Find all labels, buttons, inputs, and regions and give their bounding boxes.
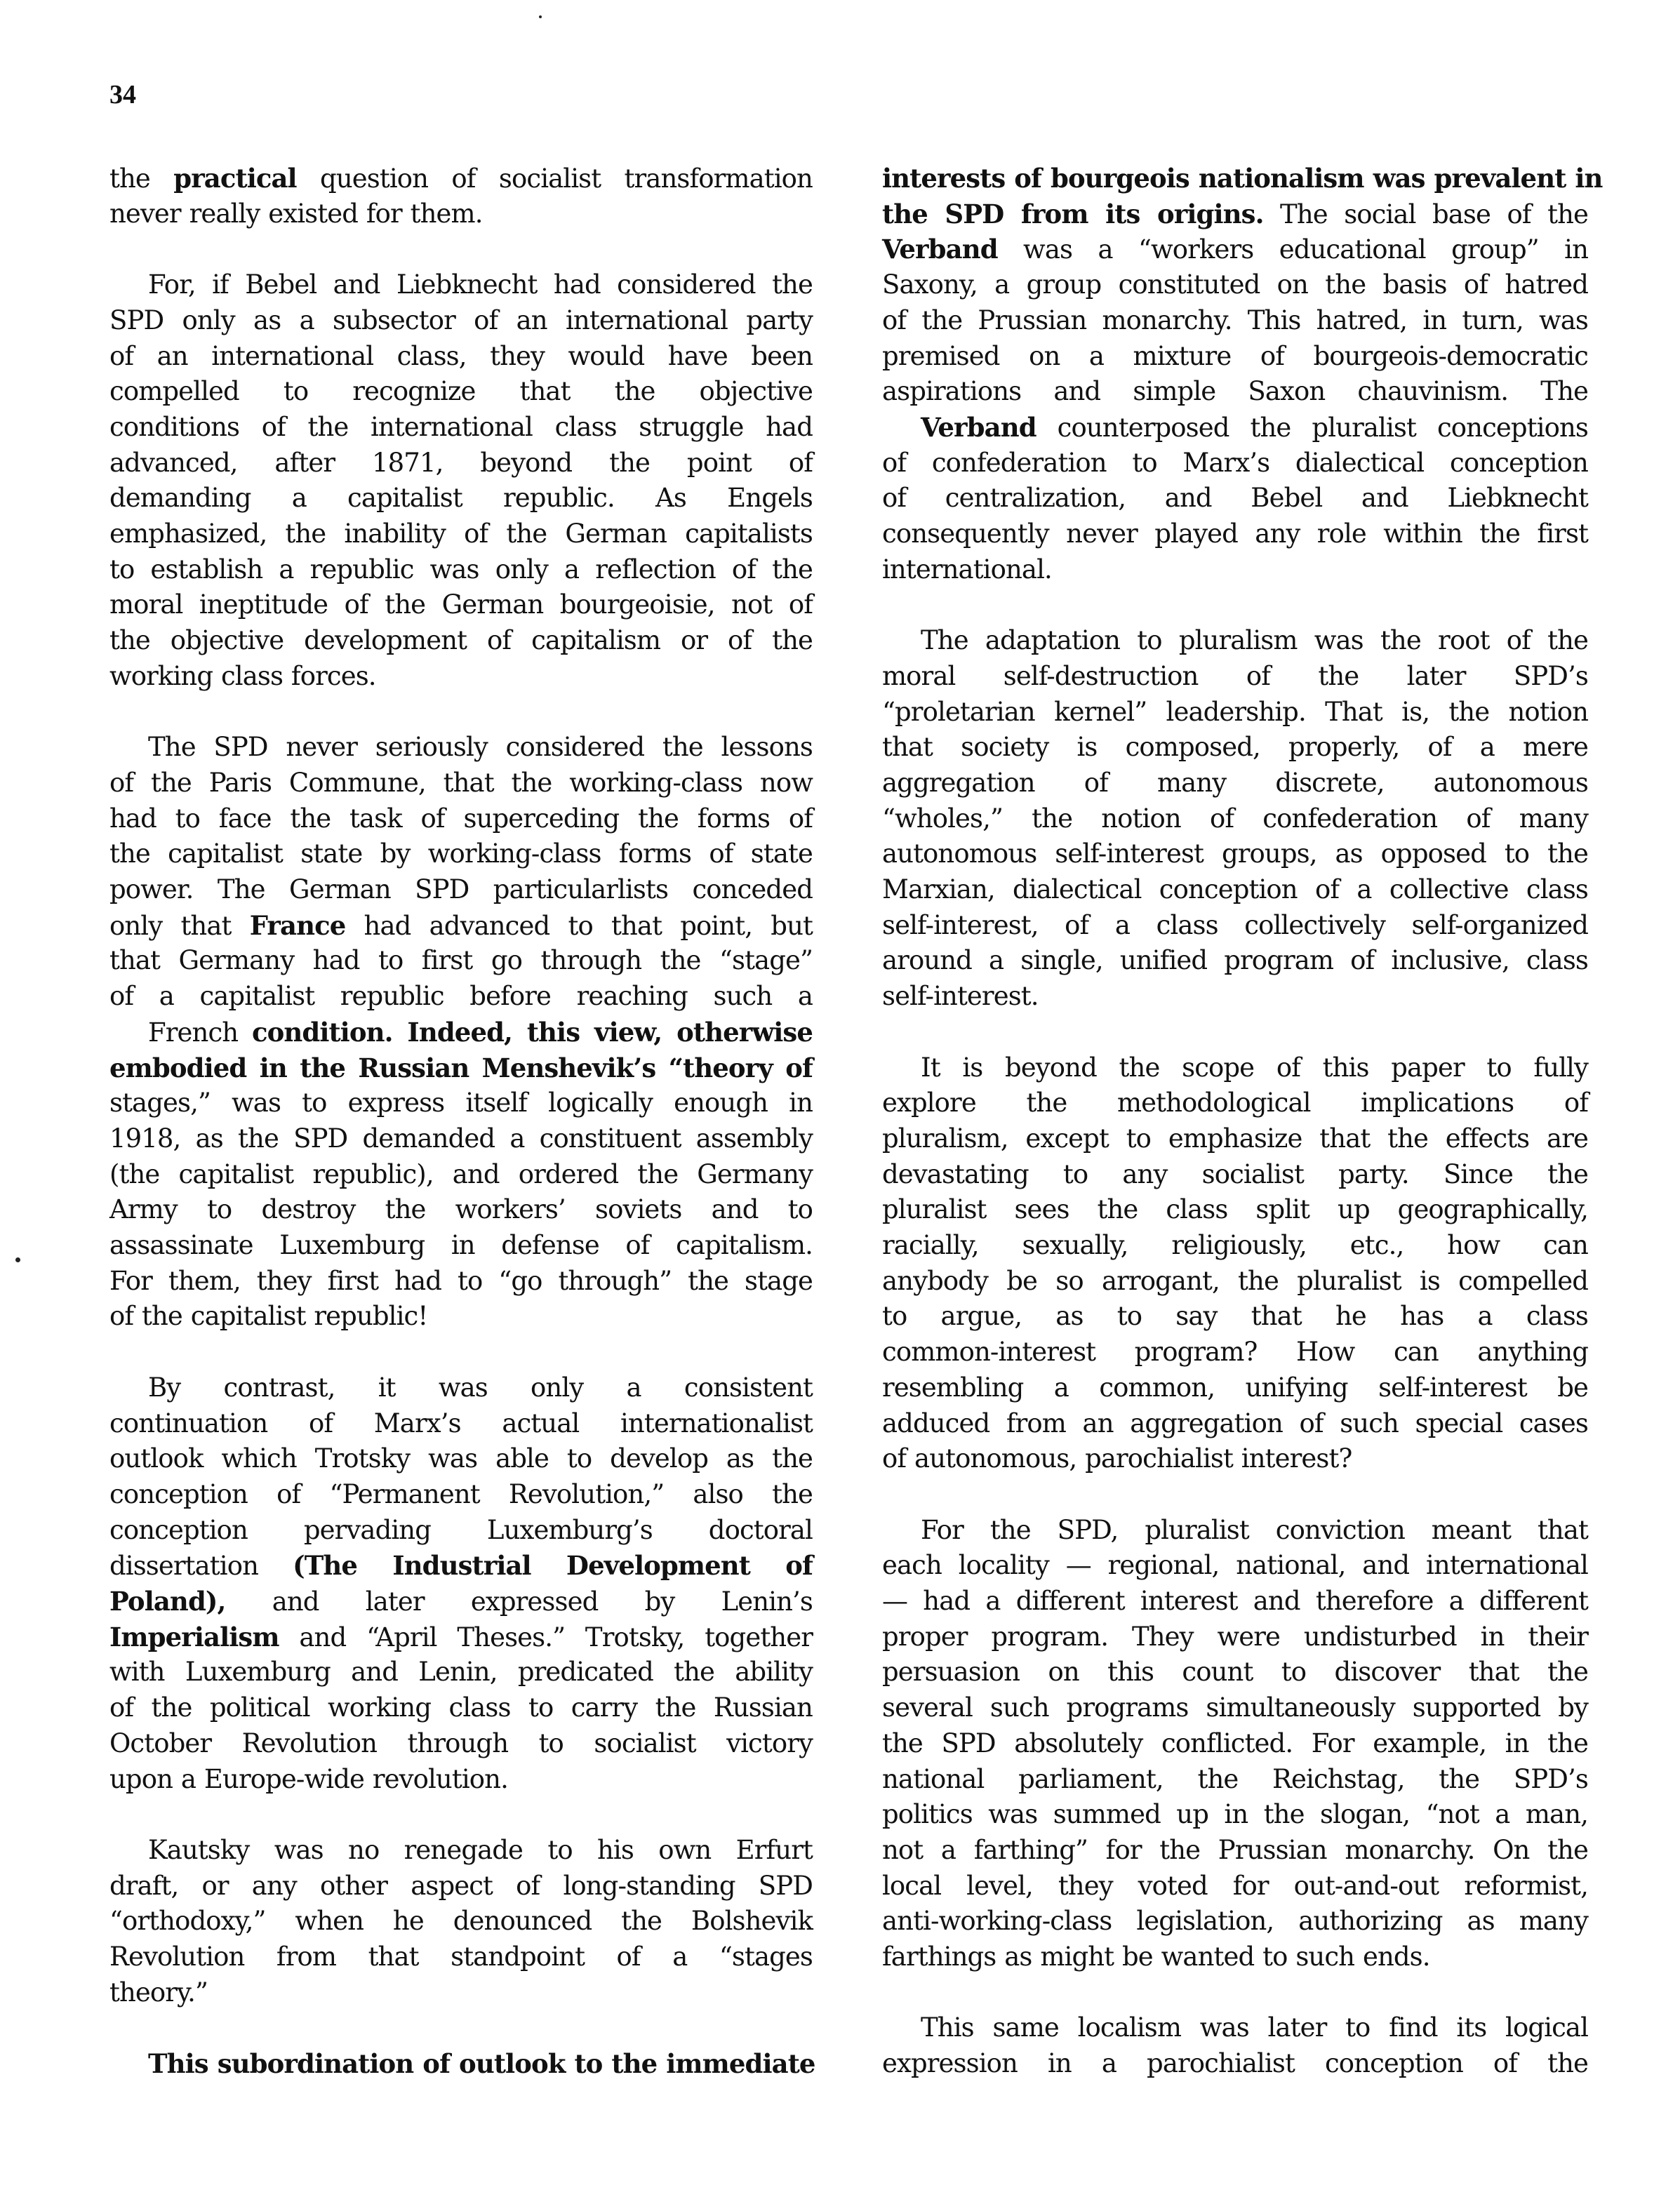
text-line: The SPD never seriously considered the l…: [109, 730, 813, 765]
text-line: Kautsky was no renegade to his own Erfur…: [109, 1833, 813, 1868]
body-text: proper program. They were undisturbed in…: [882, 1622, 1588, 1652]
body-text: For, if Bebel and Liebknecht had conside…: [148, 269, 813, 300]
text-line: persuasion on this count to discover tha…: [882, 1655, 1588, 1690]
text-line: For them, they first had to “go through”…: [109, 1264, 813, 1299]
body-text: of confederation to Marx’s dialectical c…: [882, 448, 1588, 478]
text-line: 1918, as the SPD demanded a constituent …: [109, 1121, 813, 1156]
text-line: of the political working class to carry …: [109, 1690, 813, 1725]
text-line: self-interest, of a class collectively s…: [882, 908, 1588, 943]
text-line: (the capitalist republic), and ordered t…: [109, 1157, 813, 1192]
body-text: It is beyond the scope of this paper to …: [921, 1053, 1588, 1083]
body-text: theory.”: [109, 1977, 208, 2008]
text-line: adduced from an aggregation of such spec…: [882, 1406, 1588, 1441]
text-line: — had a different interest and therefore…: [882, 1584, 1588, 1619]
body-text: the: [109, 163, 173, 194]
text-line: continuation of Marx’s actual internatio…: [109, 1406, 813, 1441]
body-text: adduced from an aggregation of such spec…: [882, 1408, 1588, 1438]
body-text: had advanced to that point, but: [345, 911, 813, 941]
text-line: Imperialism and “April Theses.” Trotsky,…: [109, 1619, 813, 1655]
text-line: moral self-destruction of the later SPD’…: [882, 659, 1588, 694]
body-text: outlook which Trotsky was able to develo…: [109, 1443, 813, 1474]
text-line: “proletarian kernel” leadership. That is…: [882, 695, 1588, 730]
text-line: stages,” was to express itself logically…: [109, 1086, 813, 1121]
body-text: never really existed for them.: [109, 199, 483, 229]
body-text: The SPD never seriously considered the l…: [148, 732, 813, 762]
bold-text: embodied in the Russian Menshevik’s “the…: [109, 1053, 813, 1083]
text-line: not a farthing” for the Prussian monarch…: [882, 1833, 1588, 1868]
text-line: with Luxemburg and Lenin, predicated the…: [109, 1655, 813, 1690]
body-text: 1918, as the SPD demanded a constituent …: [109, 1123, 813, 1154]
text-line: It is beyond the scope of this paper to …: [882, 1050, 1588, 1086]
text-line: that society is composed, properly, of a…: [882, 730, 1588, 765]
body-text: stages,” was to express itself logically…: [109, 1088, 813, 1118]
body-text: national parliament, the Reichstag, the …: [882, 1764, 1588, 1794]
text-line: of autonomous, parochialist interest?: [882, 1441, 1588, 1476]
text-line: This subordination of outlook to the imm…: [109, 2046, 813, 2081]
text-line: “orthodoxy,” when he denounced the Bolsh…: [109, 1904, 813, 1939]
bold-text: Verband: [921, 412, 1036, 443]
text-line: autonomous self-interest groups, as oppo…: [882, 836, 1588, 871]
body-text: racially, sexually, religiously, etc., h…: [882, 1230, 1588, 1260]
body-text: to establish a republic was only a refle…: [109, 554, 813, 585]
body-text: compelled to recognize that the objectiv…: [109, 376, 813, 406]
text-line: theory.”: [109, 1975, 813, 2010]
text-line: only that France had advanced to that po…: [109, 908, 813, 943]
text-line: Army to destroy the workers’ soviets and…: [109, 1192, 813, 1227]
body-text: Kautsky was no renegade to his own Erfur…: [148, 1835, 813, 1865]
body-text: of centralization, and Bebel and Liebkne…: [882, 483, 1588, 513]
text-line: For, if Bebel and Liebknecht had conside…: [109, 267, 813, 302]
text-line: The adaptation to pluralism was the root…: [882, 623, 1588, 658]
text-line: devastating to any socialist party. Sinc…: [882, 1157, 1588, 1192]
text-line: moral ineptitude of the German bourgeois…: [109, 587, 813, 622]
body-text: self-interest, of a class collectively s…: [882, 910, 1588, 940]
text-line: embodied in the Russian Menshevik’s “the…: [109, 1050, 813, 1086]
body-text: Army to destroy the workers’ soviets and…: [109, 1194, 813, 1224]
body-text: farthings as might be wanted to such end…: [882, 1942, 1430, 1972]
text-line: of an international class, they would ha…: [109, 339, 813, 374]
text-line: compelled to recognize that the objectiv…: [109, 374, 813, 409]
body-text: continuation of Marx’s actual internatio…: [109, 1408, 813, 1438]
text-line: around a single, unified program of incl…: [882, 943, 1588, 978]
text-line: to argue, as to say that he has a class: [882, 1299, 1588, 1334]
text-line: of the Prussian monarchy. This hatred, i…: [882, 303, 1588, 338]
body-text: SPD only as a subsector of an internatio…: [109, 305, 813, 335]
text-line: farthings as might be wanted to such end…: [882, 1939, 1588, 1975]
body-text: anti-working-class legislation, authoriz…: [882, 1906, 1588, 1936]
text-line: anti-working-class legislation, authoriz…: [882, 1904, 1588, 1939]
body-text: expression in a parochialist conception …: [882, 2048, 1588, 2078]
body-text: had to face the task of superceding the …: [109, 803, 813, 834]
body-text: that society is composed, properly, of a…: [882, 732, 1588, 762]
body-text: question of socialist transformation: [297, 163, 813, 194]
body-text: politics was summed up in the slogan, “n…: [882, 1799, 1588, 1829]
text-line: the SPD absolutely conflicted. For examp…: [882, 1726, 1588, 1761]
body-text: international.: [882, 554, 1052, 585]
body-text: was a “workers educational group” in: [998, 234, 1588, 265]
body-text: assassinate Luxemburg in defense of capi…: [109, 1230, 813, 1260]
bold-text: This subordination of outlook to the imm…: [148, 2048, 815, 2079]
text-line: Revolution from that standpoint of a “st…: [109, 1939, 813, 1975]
text-line: each locality — regional, national, and …: [882, 1548, 1588, 1583]
body-text: not a farthing” for the Prussian monarch…: [882, 1835, 1588, 1865]
text-line: of confederation to Marx’s dialectical c…: [882, 446, 1588, 481]
text-line: the practical question of socialist tran…: [109, 161, 813, 196]
text-line: expression in a parochialist conception …: [882, 2046, 1588, 2081]
body-text: Saxony, a group constituted on the basis…: [882, 269, 1588, 300]
body-text: — had a different interest and therefore…: [882, 1586, 1588, 1616]
body-text: October Revolution through to socialist …: [109, 1728, 813, 1758]
body-text: The adaptation to pluralism was the root…: [921, 625, 1588, 655]
body-text: “orthodoxy,” when he denounced the Bolsh…: [109, 1906, 813, 1936]
text-line: By contrast, it was only a consistent: [109, 1370, 813, 1405]
body-text: premised on a mixture of bourgeois-democ…: [882, 341, 1588, 371]
body-text: advanced, after 1871, beyond the point o…: [109, 448, 813, 478]
text-line: conditions of the international class st…: [109, 410, 813, 445]
scan-speck-top: [539, 15, 542, 18]
body-text: moral self-destruction of the later SPD’…: [882, 661, 1588, 691]
text-line: Verband counterposed the pluralist conce…: [882, 410, 1588, 445]
body-text: For the SPD, pluralist conviction meant …: [921, 1515, 1588, 1545]
text-line: assassinate Luxemburg in defense of capi…: [109, 1228, 813, 1263]
body-text: around a single, unified program of incl…: [882, 945, 1588, 975]
text-line: pluralism, except to emphasize that the …: [882, 1121, 1588, 1156]
body-text: only that: [109, 911, 250, 941]
text-line: politics was summed up in the slogan, “n…: [882, 1797, 1588, 1832]
body-text: self-interest.: [882, 981, 1039, 1011]
text-line: outlook which Trotsky was able to develo…: [109, 1441, 813, 1476]
text-line: explore the methodological implications …: [882, 1086, 1588, 1121]
body-text: “wholes,” the notion of confederation of…: [882, 803, 1588, 834]
text-line: draft, or any other aspect of long-stand…: [109, 1869, 813, 1904]
body-text: counterposed the pluralist conceptions: [1036, 413, 1588, 443]
body-text: moral ineptitude of the German bourgeois…: [109, 589, 813, 620]
bold-text: condition. Indeed, this view, otherwise: [252, 1017, 813, 1048]
body-text: working class forces.: [109, 661, 376, 691]
bold-text: practical: [173, 163, 296, 194]
bold-text: France: [250, 910, 346, 941]
text-line: October Revolution through to socialist …: [109, 1726, 813, 1761]
body-text: Revolution from that standpoint of a “st…: [109, 1942, 813, 1972]
text-line: “wholes,” the notion of confederation of…: [882, 801, 1588, 836]
body-text: of the capitalist republic!: [109, 1301, 427, 1331]
bold-text: interests of bourgeois nationalism was p…: [882, 163, 1603, 194]
text-line: the objective development of capitalism …: [109, 623, 813, 658]
text-line: premised on a mixture of bourgeois-democ…: [882, 339, 1588, 374]
scan-speck-margin: [15, 1257, 20, 1262]
text-line: SPD only as a subsector of an internatio…: [109, 303, 813, 338]
body-text: local level, they voted for out-and-out …: [882, 1871, 1588, 1901]
text-line: pluralist sees the class split up geogra…: [882, 1192, 1588, 1227]
text-line: emphasized, the inability of the German …: [109, 516, 813, 552]
text-line: of the capitalist republic!: [109, 1299, 813, 1334]
bold-text: Imperialism: [109, 1622, 279, 1652]
body-text: of the political working class to carry …: [109, 1692, 813, 1723]
body-text: consequently never played any role withi…: [882, 519, 1588, 549]
text-line: Marxian, dialectical conception of a col…: [882, 872, 1588, 907]
body-text: the SPD absolutely conflicted. For examp…: [882, 1728, 1588, 1758]
body-text: common-interest program? How can anythin…: [882, 1337, 1588, 1367]
text-line: the capitalist state by working-class fo…: [109, 836, 813, 871]
body-text: This same localism was later to find its…: [921, 2012, 1588, 2043]
text-line: upon a Europe-wide revolution.: [109, 1762, 813, 1797]
body-text: anybody be so arrogant, the pluralist is…: [882, 1266, 1588, 1296]
text-line: of a capitalist republic before reaching…: [109, 979, 813, 1014]
text-line: aspirations and simple Saxon chauvinism.…: [882, 374, 1588, 409]
body-text: aggregation of many discrete, autonomous: [882, 768, 1588, 798]
text-line: the SPD from its origins. The social bas…: [882, 196, 1588, 232]
body-text: the capitalist state by working-class fo…: [109, 839, 813, 869]
body-text: conditions of the international class st…: [109, 412, 813, 442]
body-text: “proletarian kernel” leadership. That is…: [882, 697, 1588, 727]
text-line: For the SPD, pluralist conviction meant …: [882, 1513, 1588, 1548]
text-line: working class forces.: [109, 659, 813, 694]
text-line: common-interest program? How can anythin…: [882, 1335, 1588, 1370]
body-text: several such programs simultaneously sup…: [882, 1692, 1588, 1723]
text-line: national parliament, the Reichstag, the …: [882, 1762, 1588, 1797]
document-page: 34 the practical question of socialist t…: [0, 0, 1680, 2204]
page-number: 34: [109, 79, 136, 111]
text-line: to establish a republic was only a refle…: [109, 552, 813, 587]
body-text: and later expressed by Lenin’s: [226, 1587, 813, 1617]
text-line: of centralization, and Bebel and Liebkne…: [882, 481, 1588, 516]
body-text: of a capitalist republic before reaching…: [109, 981, 813, 1011]
text-line: French condition. Indeed, this view, oth…: [109, 1015, 813, 1050]
body-text: the objective development of capitalism …: [109, 625, 813, 655]
bold-text: (The Industrial Development of: [293, 1550, 813, 1581]
body-text: to argue, as to say that he has a class: [882, 1301, 1588, 1331]
body-text: emphasized, the inability of the German …: [109, 519, 813, 549]
text-line: that Germany had to first go through the…: [109, 943, 813, 978]
bold-text: Poland),: [109, 1586, 226, 1617]
text-line: dissertation (The Industrial Development…: [109, 1548, 813, 1583]
text-line: international.: [882, 552, 1588, 587]
body-text: persuasion on this count to discover tha…: [882, 1657, 1588, 1687]
text-line: conception of “Permanent Revolution,” al…: [109, 1477, 813, 1512]
body-text: conception of “Permanent Revolution,” al…: [109, 1479, 813, 1509]
body-text: By contrast, it was only a consistent: [148, 1373, 813, 1403]
body-text: The social base of the: [1264, 199, 1588, 229]
text-line: proper program. They were undisturbed in…: [882, 1619, 1588, 1655]
text-line: power. The German SPD particularlists co…: [109, 872, 813, 907]
body-text: (the capitalist republic), and ordered t…: [109, 1159, 813, 1189]
body-text: dissertation: [109, 1551, 293, 1581]
body-text: upon a Europe-wide revolution.: [109, 1764, 508, 1794]
body-text: French: [148, 1017, 252, 1048]
body-text: demanding a capitalist republic. As Enge…: [109, 483, 813, 513]
text-line: conception pervading Luxemburg’s doctora…: [109, 1513, 813, 1548]
text-line: had to face the task of superceding the …: [109, 801, 813, 836]
text-line: several such programs simultaneously sup…: [882, 1690, 1588, 1725]
body-text: pluralism, except to emphasize that the …: [882, 1123, 1588, 1154]
text-line: demanding a capitalist republic. As Enge…: [109, 481, 813, 516]
body-text: explore the methodological implications …: [882, 1088, 1588, 1118]
text-line: Saxony, a group constituted on the basis…: [882, 267, 1588, 302]
body-text: that Germany had to first go through the…: [109, 945, 813, 975]
text-line: anybody be so arrogant, the pluralist is…: [882, 1264, 1588, 1299]
text-line: self-interest.: [882, 979, 1588, 1014]
text-line: never really existed for them.: [109, 196, 813, 232]
body-text: draft, or any other aspect of long-stand…: [109, 1871, 813, 1901]
body-text: aspirations and simple Saxon chauvinism.…: [882, 376, 1588, 406]
bold-text: Verband: [882, 234, 998, 265]
text-line: Verband was a “workers educational group…: [882, 232, 1588, 267]
text-line: aggregation of many discrete, autonomous: [882, 766, 1588, 801]
body-text: of the Prussian monarchy. This hatred, i…: [882, 305, 1588, 335]
text-line: consequently never played any role withi…: [882, 516, 1588, 552]
body-text: of autonomous, parochialist interest?: [882, 1443, 1352, 1474]
body-text: conception pervading Luxemburg’s doctora…: [109, 1515, 813, 1545]
text-line: advanced, after 1871, beyond the point o…: [109, 446, 813, 481]
body-text: resembling a common, unifying self-inter…: [882, 1373, 1588, 1403]
body-text: of the Paris Commune, that the working-c…: [109, 768, 813, 798]
body-text: of an international class, they would ha…: [109, 341, 813, 371]
body-text: each locality — regional, national, and …: [882, 1550, 1588, 1580]
text-line: racially, sexually, religiously, etc., h…: [882, 1228, 1588, 1263]
text-line: resembling a common, unifying self-inter…: [882, 1370, 1588, 1405]
body-text: autonomous self-interest groups, as oppo…: [882, 839, 1588, 869]
body-text: For them, they first had to “go through”…: [109, 1266, 813, 1296]
text-line: local level, they voted for out-and-out …: [882, 1869, 1588, 1904]
body-text: devastating to any socialist party. Sinc…: [882, 1159, 1588, 1189]
body-text: power. The German SPD particularlists co…: [109, 874, 813, 904]
text-line: This same localism was later to find its…: [882, 2010, 1588, 2045]
body-text: and “April Theses.” Trotsky, together: [279, 1622, 813, 1652]
body-text: Marxian, dialectical conception of a col…: [882, 874, 1588, 904]
bold-text: the SPD from its origins.: [882, 199, 1264, 229]
body-text: with Luxemburg and Lenin, predicated the…: [109, 1657, 813, 1687]
text-line: Poland), and later expressed by Lenin’s: [109, 1584, 813, 1619]
body-text: pluralist sees the class split up geogra…: [882, 1194, 1588, 1224]
text-line: interests of bourgeois nationalism was p…: [882, 161, 1588, 196]
text-line: of the Paris Commune, that the working-c…: [109, 766, 813, 801]
